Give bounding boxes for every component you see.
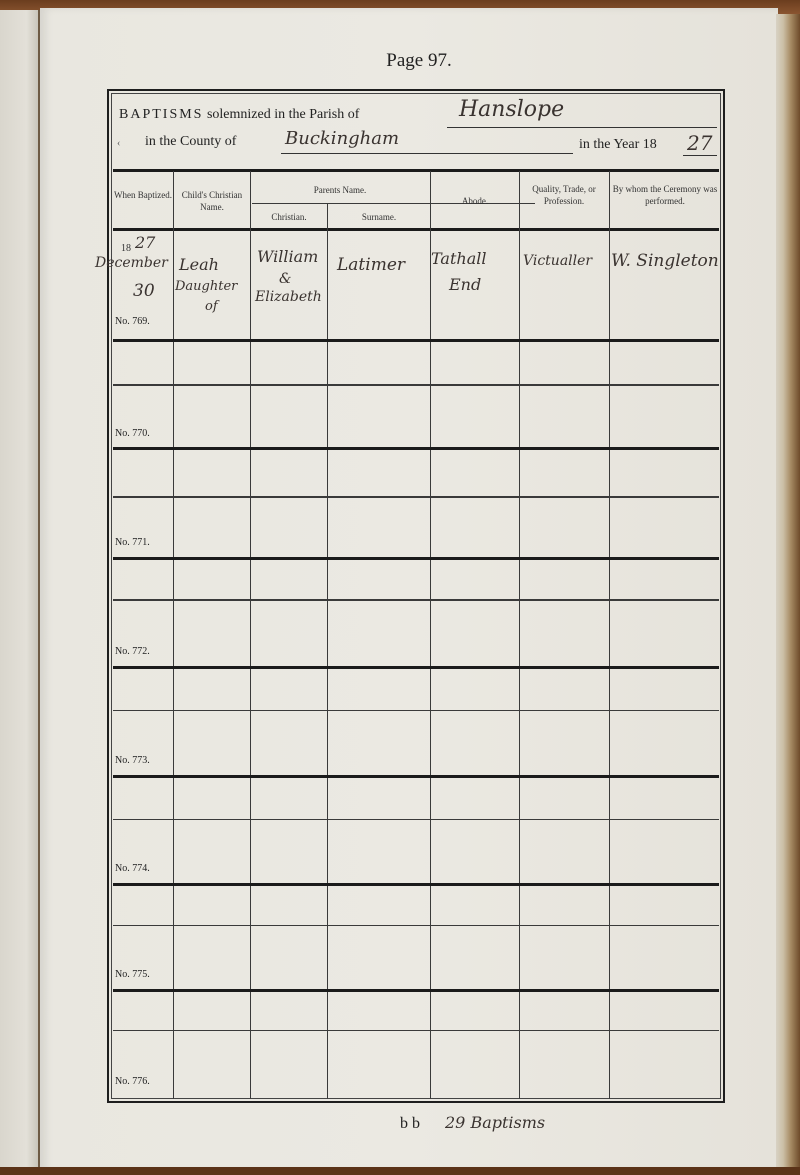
header-officiant: By whom the Ceremony was performed. (611, 183, 719, 207)
header-parents-surname: Surname. (328, 211, 430, 223)
row-midrule-776 (113, 1030, 719, 1031)
table-inner-border (111, 93, 721, 1099)
page-stack-edge (776, 14, 800, 1172)
entry-child-name: Leah (179, 255, 219, 274)
entry-abode-line2: End (449, 275, 481, 294)
header-child-name: Child's Christian Name. (175, 189, 249, 213)
row-rule-775 (113, 989, 719, 992)
year-handwritten: 27 (687, 131, 712, 155)
entry-father-name: William (257, 247, 318, 266)
title-block: BAPTISMS solemnized in the Parish of Han… (109, 91, 723, 167)
row-midrule-772 (113, 599, 719, 601)
entry-number: No. 769. (115, 316, 150, 327)
col-divider-6 (609, 171, 610, 1099)
county-fill-line (281, 153, 573, 154)
col-divider-5 (519, 171, 520, 1099)
facing-page-edge (0, 10, 40, 1170)
header-parents-christian: Christian. (251, 211, 327, 223)
col-divider-1 (173, 171, 174, 1099)
row-midrule-770 (113, 384, 719, 386)
entry-number: No. 770. (115, 428, 150, 439)
header-top-rule (113, 169, 719, 172)
parish-handwritten: Hanslope (459, 97, 564, 122)
header-parents-name: Parents Name. (251, 184, 429, 196)
entry-child-relation: Daughter (175, 279, 237, 294)
row-rule-771 (113, 557, 719, 560)
row-midrule-771 (113, 496, 719, 498)
header-quality: Quality, Trade, or Profession. (520, 183, 608, 207)
baptisms-count-note: 29 Baptisms (445, 1113, 545, 1132)
header-when-baptized: When Baptized. (113, 189, 173, 201)
header-bottom-rule (113, 228, 719, 231)
header-abode: Abode. (431, 195, 519, 207)
entry-number: No. 776. (115, 1076, 150, 1087)
title-line: BAPTISMS solemnized in the Parish of (119, 107, 359, 123)
register-table: BAPTISMS solemnized in the Parish of Han… (107, 89, 725, 1103)
entry-number: No. 772. (115, 646, 150, 657)
row-midrule-773 (113, 710, 719, 711)
entry-quality: Victualler (523, 253, 592, 269)
title-caps: BAPTISMS (119, 107, 203, 122)
entry-day: 30 (133, 281, 155, 301)
entry-parents-ampersand: & (279, 271, 291, 287)
entry-mother-name: Elizabeth (255, 289, 322, 305)
row-rule-770 (113, 447, 719, 450)
entry-number: No. 774. (115, 863, 150, 874)
desk-surface-bottom (0, 1167, 800, 1175)
row-midrule-774 (113, 819, 719, 820)
entry-abode-line1: Tathall (431, 249, 486, 268)
year-fill-line (683, 155, 717, 156)
signature-mark: b b (400, 1115, 420, 1133)
entry-officiant: W. Singleton (611, 251, 719, 271)
county-label: in the County of (145, 134, 236, 150)
parish-fill-line (447, 127, 717, 128)
row-rule-773 (113, 775, 719, 778)
entry-child-of: of (205, 299, 218, 314)
row-rule-772 (113, 666, 719, 669)
entry-number: No. 775. (115, 969, 150, 980)
year-label: in the Year 18 (579, 137, 657, 153)
entry-number: No. 773. (115, 755, 150, 766)
row-rule-774 (113, 883, 719, 886)
title-text: solemnized in the Parish of (207, 107, 359, 122)
county-handwritten: Buckingham (285, 128, 399, 149)
entry-surname: Latimer (337, 255, 405, 275)
entry-year-hand: 27 (135, 233, 155, 252)
entry-month: December (95, 255, 168, 271)
bullet-mark: ‹ (117, 138, 120, 149)
row-midrule-775 (113, 925, 719, 926)
col-divider-2 (250, 171, 251, 1099)
page-number: Page 97. (0, 50, 800, 72)
entry-number: No. 771. (115, 537, 150, 548)
row-rule-769 (113, 339, 719, 342)
col-divider-4 (430, 171, 431, 1099)
entry-year-printed: 18 (121, 243, 131, 255)
